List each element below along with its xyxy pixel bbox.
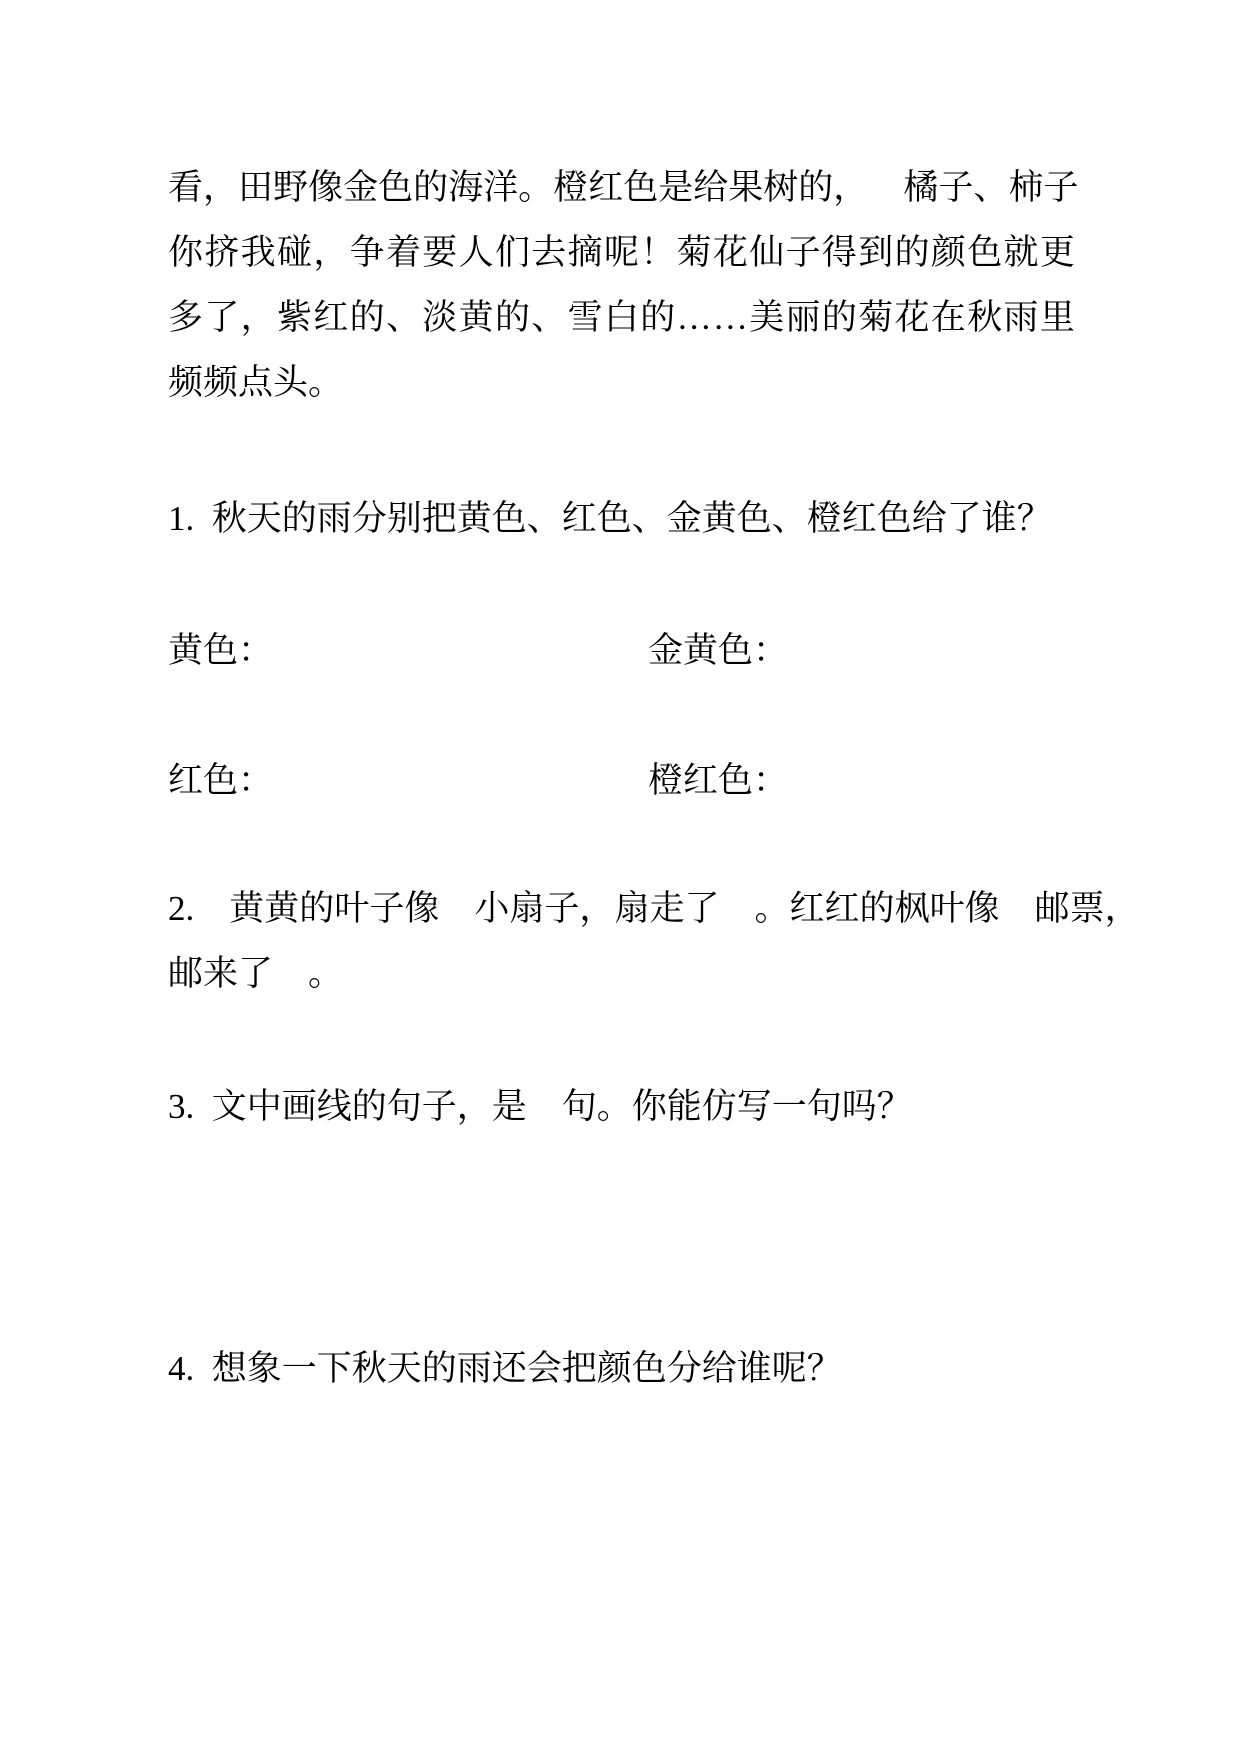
question-3: 3. 文中画线的句子，是 句。你能仿写一句吗？ <box>168 1085 1075 1129</box>
blank-label-orange-red: 橙红色： <box>648 759 788 803</box>
blank-label-yellow: 黄色： <box>168 629 273 673</box>
passage-line-2: 你挤我碰，争着要人们去摘呢！菊花仙子得到的颜色就更 <box>168 231 1075 275</box>
blank-label-golden-yellow: 金黄色： <box>648 629 788 673</box>
passage-line-4: 频频点头。 <box>168 361 1075 405</box>
question-2-line-2: 邮来了 。 <box>168 952 1075 996</box>
passage-line-3: 多了，紫红的、淡黄的、雪白的……美丽的菊花在秋雨里 <box>168 296 1075 340</box>
color-blank-row-2: 红色： 橙红色： <box>168 759 1075 803</box>
passage-line-1: 看，田野像金色的海洋。橙红色是给果树的， 橘子、柿子 <box>168 166 1075 210</box>
question-1: 1. 秋天的雨分别把黄色、红色、金黄色、橙红色给了谁？ <box>168 497 1075 541</box>
question-4: 4. 想象一下秋天的雨还会把颜色分给谁呢？ <box>168 1347 1075 1391</box>
blank-label-red: 红色： <box>168 759 273 803</box>
color-blank-row-1: 黄色： 金黄色： <box>168 629 1075 673</box>
worksheet-page: 看，田野像金色的海洋。橙红色是给果树的， 橘子、柿子 你挤我碰，争着要人们去摘呢… <box>0 0 1241 1754</box>
question-2-line-1: 2. 黄黄的叶子像 小扇子，扇走了 。红红的枫叶像 邮票， <box>168 887 1075 931</box>
